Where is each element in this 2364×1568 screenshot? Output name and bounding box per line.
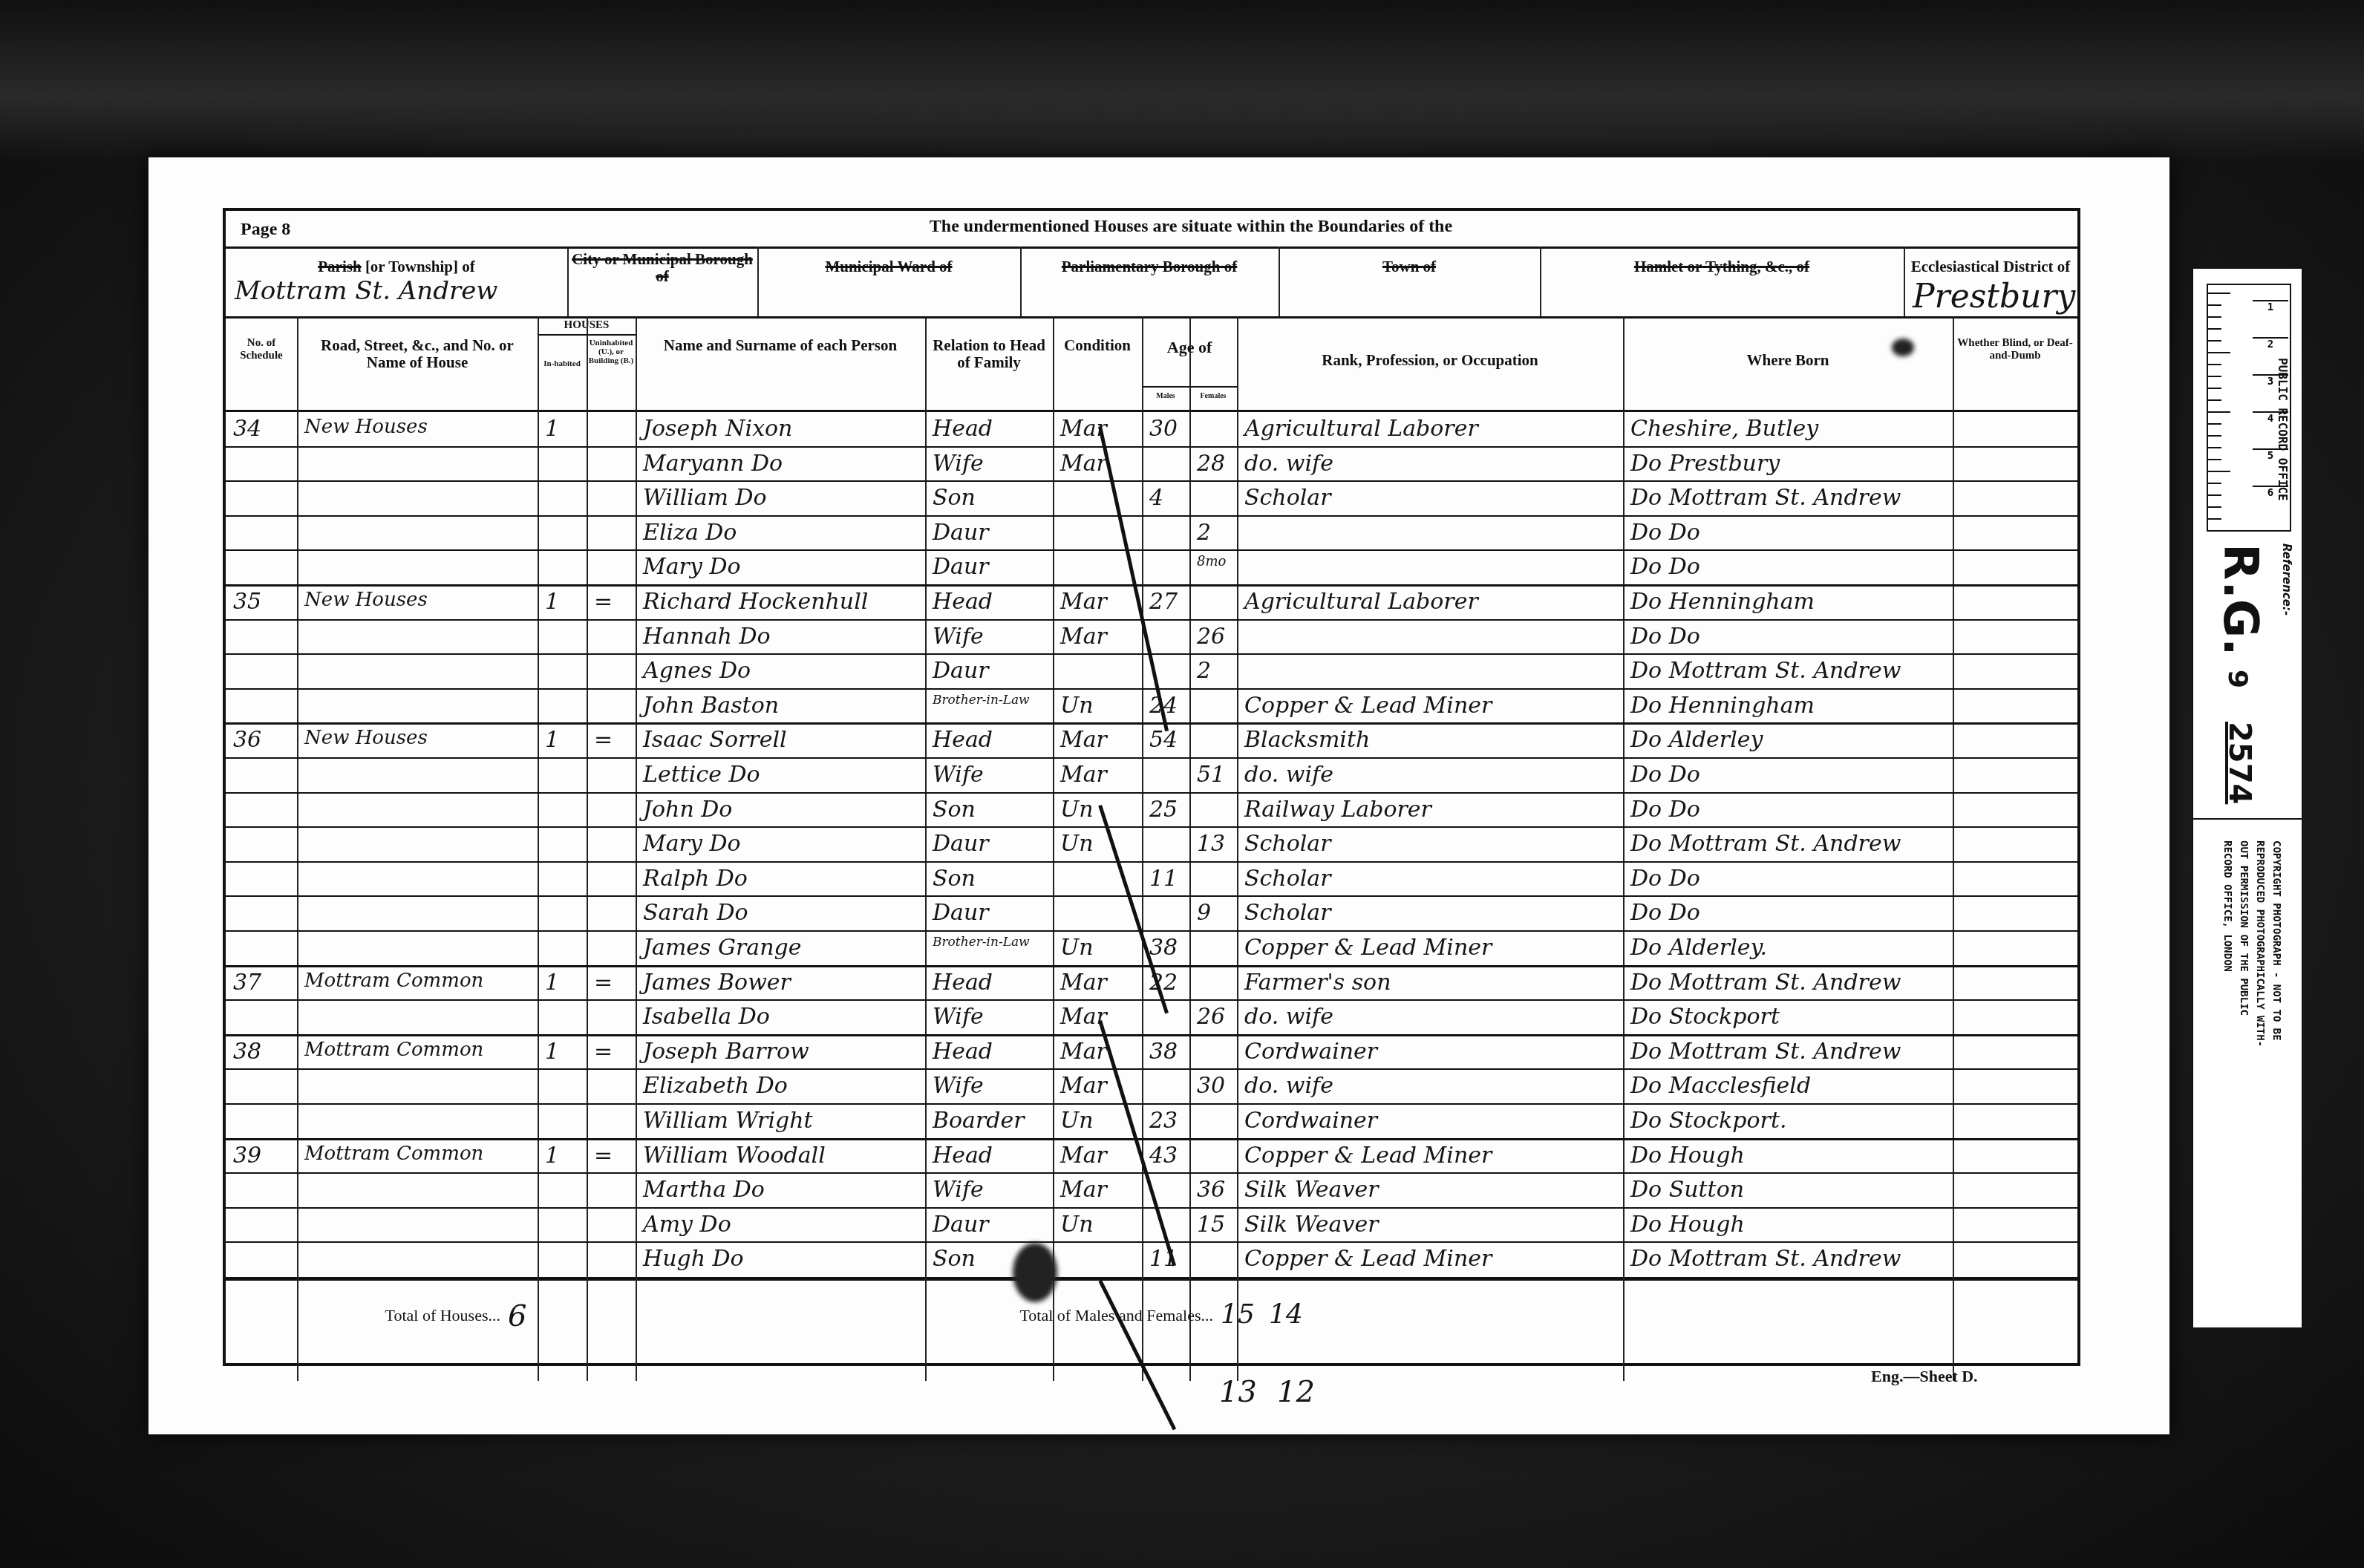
cell-relation: Wife <box>933 762 984 788</box>
cell-born: Do Sutton <box>1630 1177 1744 1203</box>
cell-male-age: 54 <box>1149 727 1178 753</box>
cell-relation: Brother-in-Law <box>933 693 1030 708</box>
cell-male-age: 4 <box>1149 485 1163 511</box>
cell-name: Joseph Barrow <box>643 1039 809 1065</box>
cell-name: Mary Do <box>643 831 741 857</box>
cell-relation: Wife <box>933 1073 984 1099</box>
cell-female-age: 15 <box>1197 1212 1225 1238</box>
column-header-males: Males <box>1143 392 1188 400</box>
cell-name: Lettice Do <box>643 762 760 788</box>
table-row: Maryann DoWifeMar28do. wifeDo Prestbury <box>226 446 2077 481</box>
table-row: 34New Houses1Joseph NixonHeadMar30Agricu… <box>226 411 2077 446</box>
cell-name: Amy Do <box>643 1212 731 1238</box>
cell-uninhabited: = <box>594 1039 613 1065</box>
cell-condition: Mar <box>1060 1073 1107 1099</box>
cell-born: Do Mottram St. Andrew <box>1630 658 1901 684</box>
table-row: Ralph DoSon11ScholarDo Do <box>226 861 2077 896</box>
total-females: 14 <box>1269 1299 1303 1330</box>
table-row: William DoSon4ScholarDo Mottram St. Andr… <box>226 480 2077 515</box>
table-row: Lettice DoWifeMar51do. wifeDo Do <box>226 757 2077 792</box>
cell-condition: Un <box>1060 1212 1094 1238</box>
cell-name: William Woodall <box>643 1143 826 1169</box>
cell-name: Joseph Nixon <box>643 416 792 442</box>
cell-male-age: 38 <box>1149 935 1178 961</box>
cell-name: James Grange <box>643 935 802 961</box>
column-header-road: Road, Street, &c., and No. or Name of Ho… <box>300 337 535 371</box>
cell-occupation: do. wife <box>1244 1073 1333 1099</box>
table-row: Hugh DoSon11Copper & Lead MinerDo Mottra… <box>226 1241 2077 1276</box>
cell-born: Do Mottram St. Andrew <box>1630 831 1901 857</box>
cell-born: Do Mottram St. Andrew <box>1630 485 1901 511</box>
column-header-schedule: No. of Schedule <box>229 337 294 362</box>
cell-relation: Head <box>933 1039 993 1065</box>
cell-name: John Baston <box>643 693 779 719</box>
cell-born: Do Henningham <box>1630 589 1815 615</box>
ink-blot <box>1013 1243 1057 1302</box>
column-header-inhabited: In-habited <box>539 359 585 368</box>
district-field-label: Parish [or Township] of <box>230 258 563 275</box>
table-row: Mary DoDaur8moDo Do <box>226 549 2077 584</box>
cell-name: William Wright <box>643 1108 813 1134</box>
copyright-line: RECORD OFFICE, LONDON <box>2221 840 2233 972</box>
cell-occupation: Scholar <box>1244 866 1331 892</box>
archive-reference-label: 123456 PUBLIC RECORD OFFICE Reference:- … <box>2192 267 2303 1329</box>
cell-born: Do Do <box>1630 866 1700 892</box>
cell-inhabited: 1 <box>545 970 559 996</box>
cell-born: Do Do <box>1630 520 1700 546</box>
column-header-relation: Relation to Head of Family <box>928 337 1050 371</box>
cell-condition: Mar <box>1060 1143 1107 1169</box>
cell-name: John Do <box>643 797 732 823</box>
cell-inhabited: 1 <box>545 416 559 442</box>
cell-female-age: 51 <box>1197 762 1225 788</box>
cell-relation: Son <box>933 866 976 892</box>
column-header-uninhabited: Uninhabited (U.), or Building (B.) <box>588 339 634 365</box>
cell-condition: Mar <box>1060 451 1107 477</box>
table-row: John BastonBrother-in-LawUn24Copper & Le… <box>226 688 2077 723</box>
cell-occupation: Cordwainer <box>1244 1108 1377 1134</box>
cell-born: Do Do <box>1630 624 1700 650</box>
cell-male-age: 25 <box>1149 797 1178 823</box>
cell-occupation: Agricultural Laborer <box>1244 416 1478 442</box>
cell-born: Do Prestbury <box>1630 451 1780 477</box>
cell-relation: Brother-in-Law <box>933 935 1030 950</box>
district-field-label: Parliamentary Borough of <box>1025 258 1274 275</box>
cell-relation: Daur <box>933 658 989 684</box>
table-row: 38Mottram Common1=Joseph BarrowHeadMar38… <box>226 1034 2077 1069</box>
cell-occupation: Scholar <box>1244 900 1331 926</box>
cell-male-age: 43 <box>1149 1143 1178 1169</box>
total-houses-label: Total of Houses... <box>315 1307 500 1324</box>
table-row: Mary DoDaurUn13ScholarDo Mottram St. And… <box>226 826 2077 861</box>
cell-schedule: 34 <box>233 416 261 442</box>
reference-label: Reference:- <box>2280 543 2293 615</box>
district-field-value: Prestbury <box>1913 278 2075 316</box>
cell-born: Cheshire, Butley <box>1630 416 1818 442</box>
cell-male-age: 23 <box>1149 1108 1178 1134</box>
copyright-line: COPYRIGHT PHOTOGRAPH - NOT TO BE <box>2270 840 2282 1041</box>
cell-condition: Un <box>1060 935 1094 961</box>
district-field-label: Ecclesiastical District of <box>1908 258 2073 275</box>
cell-female-age: 2 <box>1197 658 1211 684</box>
cell-occupation: Railway Laborer <box>1244 797 1431 823</box>
cell-born: Do Mottram St. Andrew <box>1630 970 1901 996</box>
cell-road: Mottram Common <box>304 970 483 992</box>
cell-condition: Un <box>1060 797 1094 823</box>
cell-uninhabited: = <box>594 727 613 753</box>
cell-occupation: Agricultural Laborer <box>1244 589 1478 615</box>
cell-occupation: Scholar <box>1244 831 1331 857</box>
cell-female-age: 30 <box>1197 1073 1225 1099</box>
cell-female-age: 13 <box>1197 831 1225 857</box>
table-row: Hannah DoWifeMar26Do Do <box>226 619 2077 654</box>
cell-name: Martha Do <box>643 1177 765 1203</box>
table-row: William WrightBoarderUn23CordwainerDo St… <box>226 1103 2077 1138</box>
cell-name: Elizabeth Do <box>643 1073 788 1099</box>
cell-condition: Mar <box>1060 1177 1107 1203</box>
cell-relation: Son <box>933 485 976 511</box>
cell-occupation: do. wife <box>1244 762 1333 788</box>
cell-road: New Houses <box>304 727 428 749</box>
column-header-condition: Condition <box>1056 337 1139 354</box>
cell-occupation: Cordwainer <box>1244 1039 1377 1065</box>
table-row: Elizabeth DoWifeMar30do. wifeDo Macclesf… <box>226 1068 2077 1103</box>
cell-occupation: do. wife <box>1244 451 1333 477</box>
cell-relation: Head <box>933 416 993 442</box>
cell-inhabited: 1 <box>545 1143 559 1169</box>
cell-relation: Wife <box>933 624 984 650</box>
cell-occupation: Copper & Lead Miner <box>1244 935 1492 961</box>
cell-condition: Un <box>1060 1108 1094 1134</box>
cell-name: James Bower <box>643 970 791 996</box>
cell-relation: Head <box>933 970 993 996</box>
table-row: Sarah DoDaur9ScholarDo Do <box>226 895 2077 930</box>
cell-uninhabited: = <box>594 589 613 615</box>
cell-male-age: 27 <box>1149 589 1178 615</box>
table-row: Isabella DoWifeMar26do. wifeDo Stockport <box>226 999 2077 1034</box>
cell-born: Do Do <box>1630 900 1700 926</box>
cell-occupation: Copper & Lead Miner <box>1244 1246 1492 1272</box>
district-field-label: Municipal Ward of <box>762 258 1016 275</box>
total-persons-label: Total of Males and Females... <box>879 1307 1213 1324</box>
cell-occupation: Copper & Lead Miner <box>1244 693 1492 719</box>
cell-condition: Mar <box>1060 589 1107 615</box>
reference-piece: 2574 <box>2222 722 2256 804</box>
office-name: PUBLIC RECORD OFFICE <box>2276 358 2290 501</box>
copyright-line: OUT PERMISSION OF THE PUBLIC <box>2238 840 2250 1016</box>
cell-inhabited: 1 <box>545 589 559 615</box>
cell-male-age: 30 <box>1149 416 1178 442</box>
cell-relation: Daur <box>933 1212 989 1238</box>
column-header-occupation: Rank, Profession, or Occupation <box>1240 352 1620 369</box>
cell-born: Do Stockport. <box>1630 1108 1787 1134</box>
cell-name: Ralph Do <box>643 866 748 892</box>
cell-road: New Houses <box>304 589 428 611</box>
cell-born: Do Do <box>1630 762 1700 788</box>
cell-condition: Mar <box>1060 624 1107 650</box>
reference-class: 9 <box>2222 670 2253 688</box>
ruler-mark: 1 <box>2253 300 2288 339</box>
page-label: Page 8 <box>241 220 290 239</box>
cell-name: Agnes Do <box>643 658 751 684</box>
cell-relation: Daur <box>933 900 989 926</box>
cell-male-age: 11 <box>1149 866 1178 892</box>
cell-road: New Houses <box>304 416 428 438</box>
cell-female-age: 26 <box>1197 1004 1225 1030</box>
table-row: Eliza DoDaur2Do Do <box>226 515 2077 550</box>
column-header-name: Name and Surname of each Person <box>639 337 922 354</box>
cell-born: Do Hough <box>1630 1212 1745 1238</box>
cell-relation: Daur <box>933 520 989 546</box>
cell-condition: Mar <box>1060 970 1107 996</box>
recount-males: 13 <box>1219 1375 1257 1409</box>
reference-series: R.G. <box>2213 543 2267 656</box>
cell-inhabited: 1 <box>545 1039 559 1065</box>
cell-female-age: 8mo <box>1197 554 1226 569</box>
cell-relation: Daur <box>933 831 989 857</box>
cell-condition: Un <box>1060 693 1094 719</box>
intro-text: The undermentioned Houses are situate wi… <box>671 217 1711 236</box>
district-field-value: Mottram St. Andrew <box>235 276 497 306</box>
cell-schedule: 36 <box>233 727 261 753</box>
cell-relation: Boarder <box>933 1108 1025 1134</box>
cell-relation: Head <box>933 589 993 615</box>
cell-born: Do Mottram St. Andrew <box>1630 1246 1901 1272</box>
sheet-label: Eng.—Sheet D. <box>1871 1368 1978 1385</box>
cell-name: Hugh Do <box>643 1246 744 1272</box>
cell-condition: Mar <box>1060 762 1107 788</box>
cell-occupation: Scholar <box>1244 485 1331 511</box>
table-row: Amy DoDaurUn15Silk WeaverDo Hough <box>226 1207 2077 1242</box>
cell-uninhabited: = <box>594 970 613 996</box>
cell-relation: Son <box>933 797 976 823</box>
cell-born: Do Do <box>1630 797 1700 823</box>
district-field-label: Hamlet or Tything, &c., of <box>1544 258 1899 275</box>
table-row: 36New Houses1=Isaac SorrellHeadMar54Blac… <box>226 722 2077 757</box>
cell-born: Do Alderley <box>1630 727 1763 753</box>
cell-female-age: 26 <box>1197 624 1225 650</box>
cell-born: Do Alderley. <box>1630 935 1767 961</box>
cell-road: Mottram Common <box>304 1039 483 1061</box>
cell-occupation: do. wife <box>1244 1004 1333 1030</box>
district-field-label: City or Municipal Borough of <box>572 251 753 285</box>
column-header-blind: Whether Blind, or Deaf-and-Dumb <box>1956 337 2074 362</box>
census-page: Page 8 The undermentioned Houses are sit… <box>148 157 2169 1434</box>
cell-occupation: Silk Weaver <box>1244 1177 1379 1203</box>
table-row: 39Mottram Common1=William WoodallHeadMar… <box>226 1138 2077 1173</box>
table-row: John DoSonUn25Railway LaborerDo Do <box>226 792 2077 827</box>
census-form: Page 8 The undermentioned Houses are sit… <box>223 208 2080 1366</box>
cell-uninhabited: = <box>594 1143 613 1169</box>
cell-schedule: 38 <box>233 1039 261 1065</box>
cell-name: Richard Hockenhull <box>643 589 868 615</box>
district-field-label: Town of <box>1283 258 1535 275</box>
cell-name: Maryann Do <box>643 451 783 477</box>
cell-name: Eliza Do <box>643 520 737 546</box>
cell-relation: Wife <box>933 451 984 477</box>
cell-condition: Mar <box>1060 727 1107 753</box>
cell-occupation: Silk Weaver <box>1244 1212 1379 1238</box>
cell-name: Sarah Do <box>643 900 748 926</box>
table-row: 35New Houses1=Richard HockenhullHeadMar2… <box>226 584 2077 619</box>
cell-born: Do Stockport <box>1630 1004 1780 1030</box>
cell-schedule: 37 <box>233 970 261 996</box>
cell-male-age: 38 <box>1149 1039 1178 1065</box>
cell-relation: Wife <box>933 1004 984 1030</box>
cell-born: Do Mottram St. Andrew <box>1630 1039 1901 1065</box>
cell-female-age: 9 <box>1197 900 1211 926</box>
copyright-line: REPRODUCED PHOTOGRAPHICALLY WITH- <box>2254 840 2266 1047</box>
dark-background <box>0 0 2364 163</box>
total-houses-value: 6 <box>508 1299 526 1333</box>
cell-name: Hannah Do <box>643 624 771 650</box>
cell-schedule: 39 <box>233 1143 261 1169</box>
cell-born: Do Hough <box>1630 1143 1745 1169</box>
cell-relation: Head <box>933 1143 993 1169</box>
cell-condition: Mar <box>1060 1039 1107 1065</box>
cell-relation: Head <box>933 727 993 753</box>
cell-name: William Do <box>643 485 767 511</box>
recount-females: 12 <box>1277 1375 1315 1409</box>
ink-blot <box>1892 339 1914 356</box>
cell-occupation: Farmer's son <box>1244 970 1391 996</box>
cell-born: Do Henningham <box>1630 693 1815 719</box>
cell-name: Isabella Do <box>643 1004 770 1030</box>
cell-occupation: Copper & Lead Miner <box>1244 1143 1492 1169</box>
cell-born: Do Do <box>1630 554 1700 580</box>
tally-stroke <box>1099 1280 1176 1430</box>
cell-name: Isaac Sorrell <box>643 727 787 753</box>
cell-relation: Wife <box>933 1177 984 1203</box>
cell-relation: Daur <box>933 554 989 580</box>
column-header-females: Females <box>1191 392 1235 400</box>
cell-name: Mary Do <box>643 554 741 580</box>
cell-female-age: 36 <box>1197 1177 1225 1203</box>
cell-inhabited: 1 <box>545 727 559 753</box>
cell-born: Do Macclesfield <box>1630 1073 1811 1099</box>
cell-condition: Un <box>1060 831 1094 857</box>
cell-road: Mottram Common <box>304 1143 483 1165</box>
cell-schedule: 35 <box>233 589 261 615</box>
cell-occupation: Blacksmith <box>1244 727 1370 753</box>
cell-female-age: 2 <box>1197 520 1211 546</box>
cell-female-age: 28 <box>1197 451 1225 477</box>
cell-relation: Son <box>933 1246 976 1272</box>
